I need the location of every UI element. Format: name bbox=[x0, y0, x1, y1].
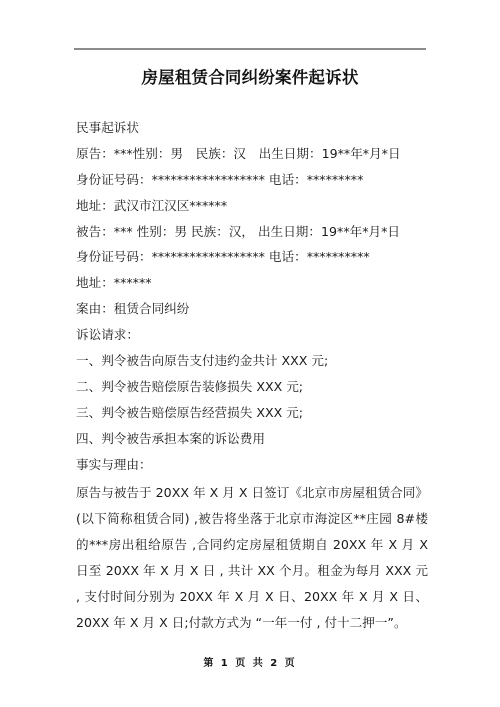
header-rule bbox=[74, 48, 426, 50]
document-body: 民事起诉状 原告：***性别：男 民族：汉 出生日期：19**年*月*日 身份证… bbox=[76, 118, 428, 636]
defendant-info: 被告：*** 性别：男 民族：汉， 出生日期：19**年*月*日 bbox=[76, 222, 428, 248]
document-title: 房屋租赁合同纠纷案件起诉状 bbox=[0, 64, 500, 88]
doc-type-heading: 民事起诉状 bbox=[76, 118, 428, 144]
claim-item-3: 三、判令被告赔偿原告经营损失 XXX 元; bbox=[76, 403, 428, 429]
case-cause: 案由：租赁合同纠纷 bbox=[76, 299, 428, 325]
facts-paragraph: 原告与被告于 20XX 年 X 月 X 日签订《北京市房屋租赁合同》(以下简称租… bbox=[76, 480, 428, 635]
defendant-address: 地址：****** bbox=[76, 273, 428, 299]
plaintiff-address: 地址：武汉市江汉区****** bbox=[76, 196, 428, 222]
defendant-id-phone: 身份证号码：****************** 电话：********** bbox=[76, 247, 428, 273]
claims-heading: 诉讼请求： bbox=[76, 325, 428, 351]
claim-item-4: 四、判令被告承担本案的诉讼费用 bbox=[76, 429, 428, 455]
plaintiff-id-phone: 身份证号码：****************** 电话：********* bbox=[76, 170, 428, 196]
claim-item-2: 二、判令被告赔偿原告装修损失 XXX 元; bbox=[76, 377, 428, 403]
plaintiff-info: 原告：***性别：男 民族：汉 出生日期：19**年*月*日 bbox=[76, 144, 428, 170]
facts-heading: 事实与理由： bbox=[76, 455, 428, 481]
claim-item-1: 一、判令被告向原告支付违约金共计 XXX 元; bbox=[76, 351, 428, 377]
page-footer: 第 1 页 共 2 页 bbox=[0, 654, 500, 669]
